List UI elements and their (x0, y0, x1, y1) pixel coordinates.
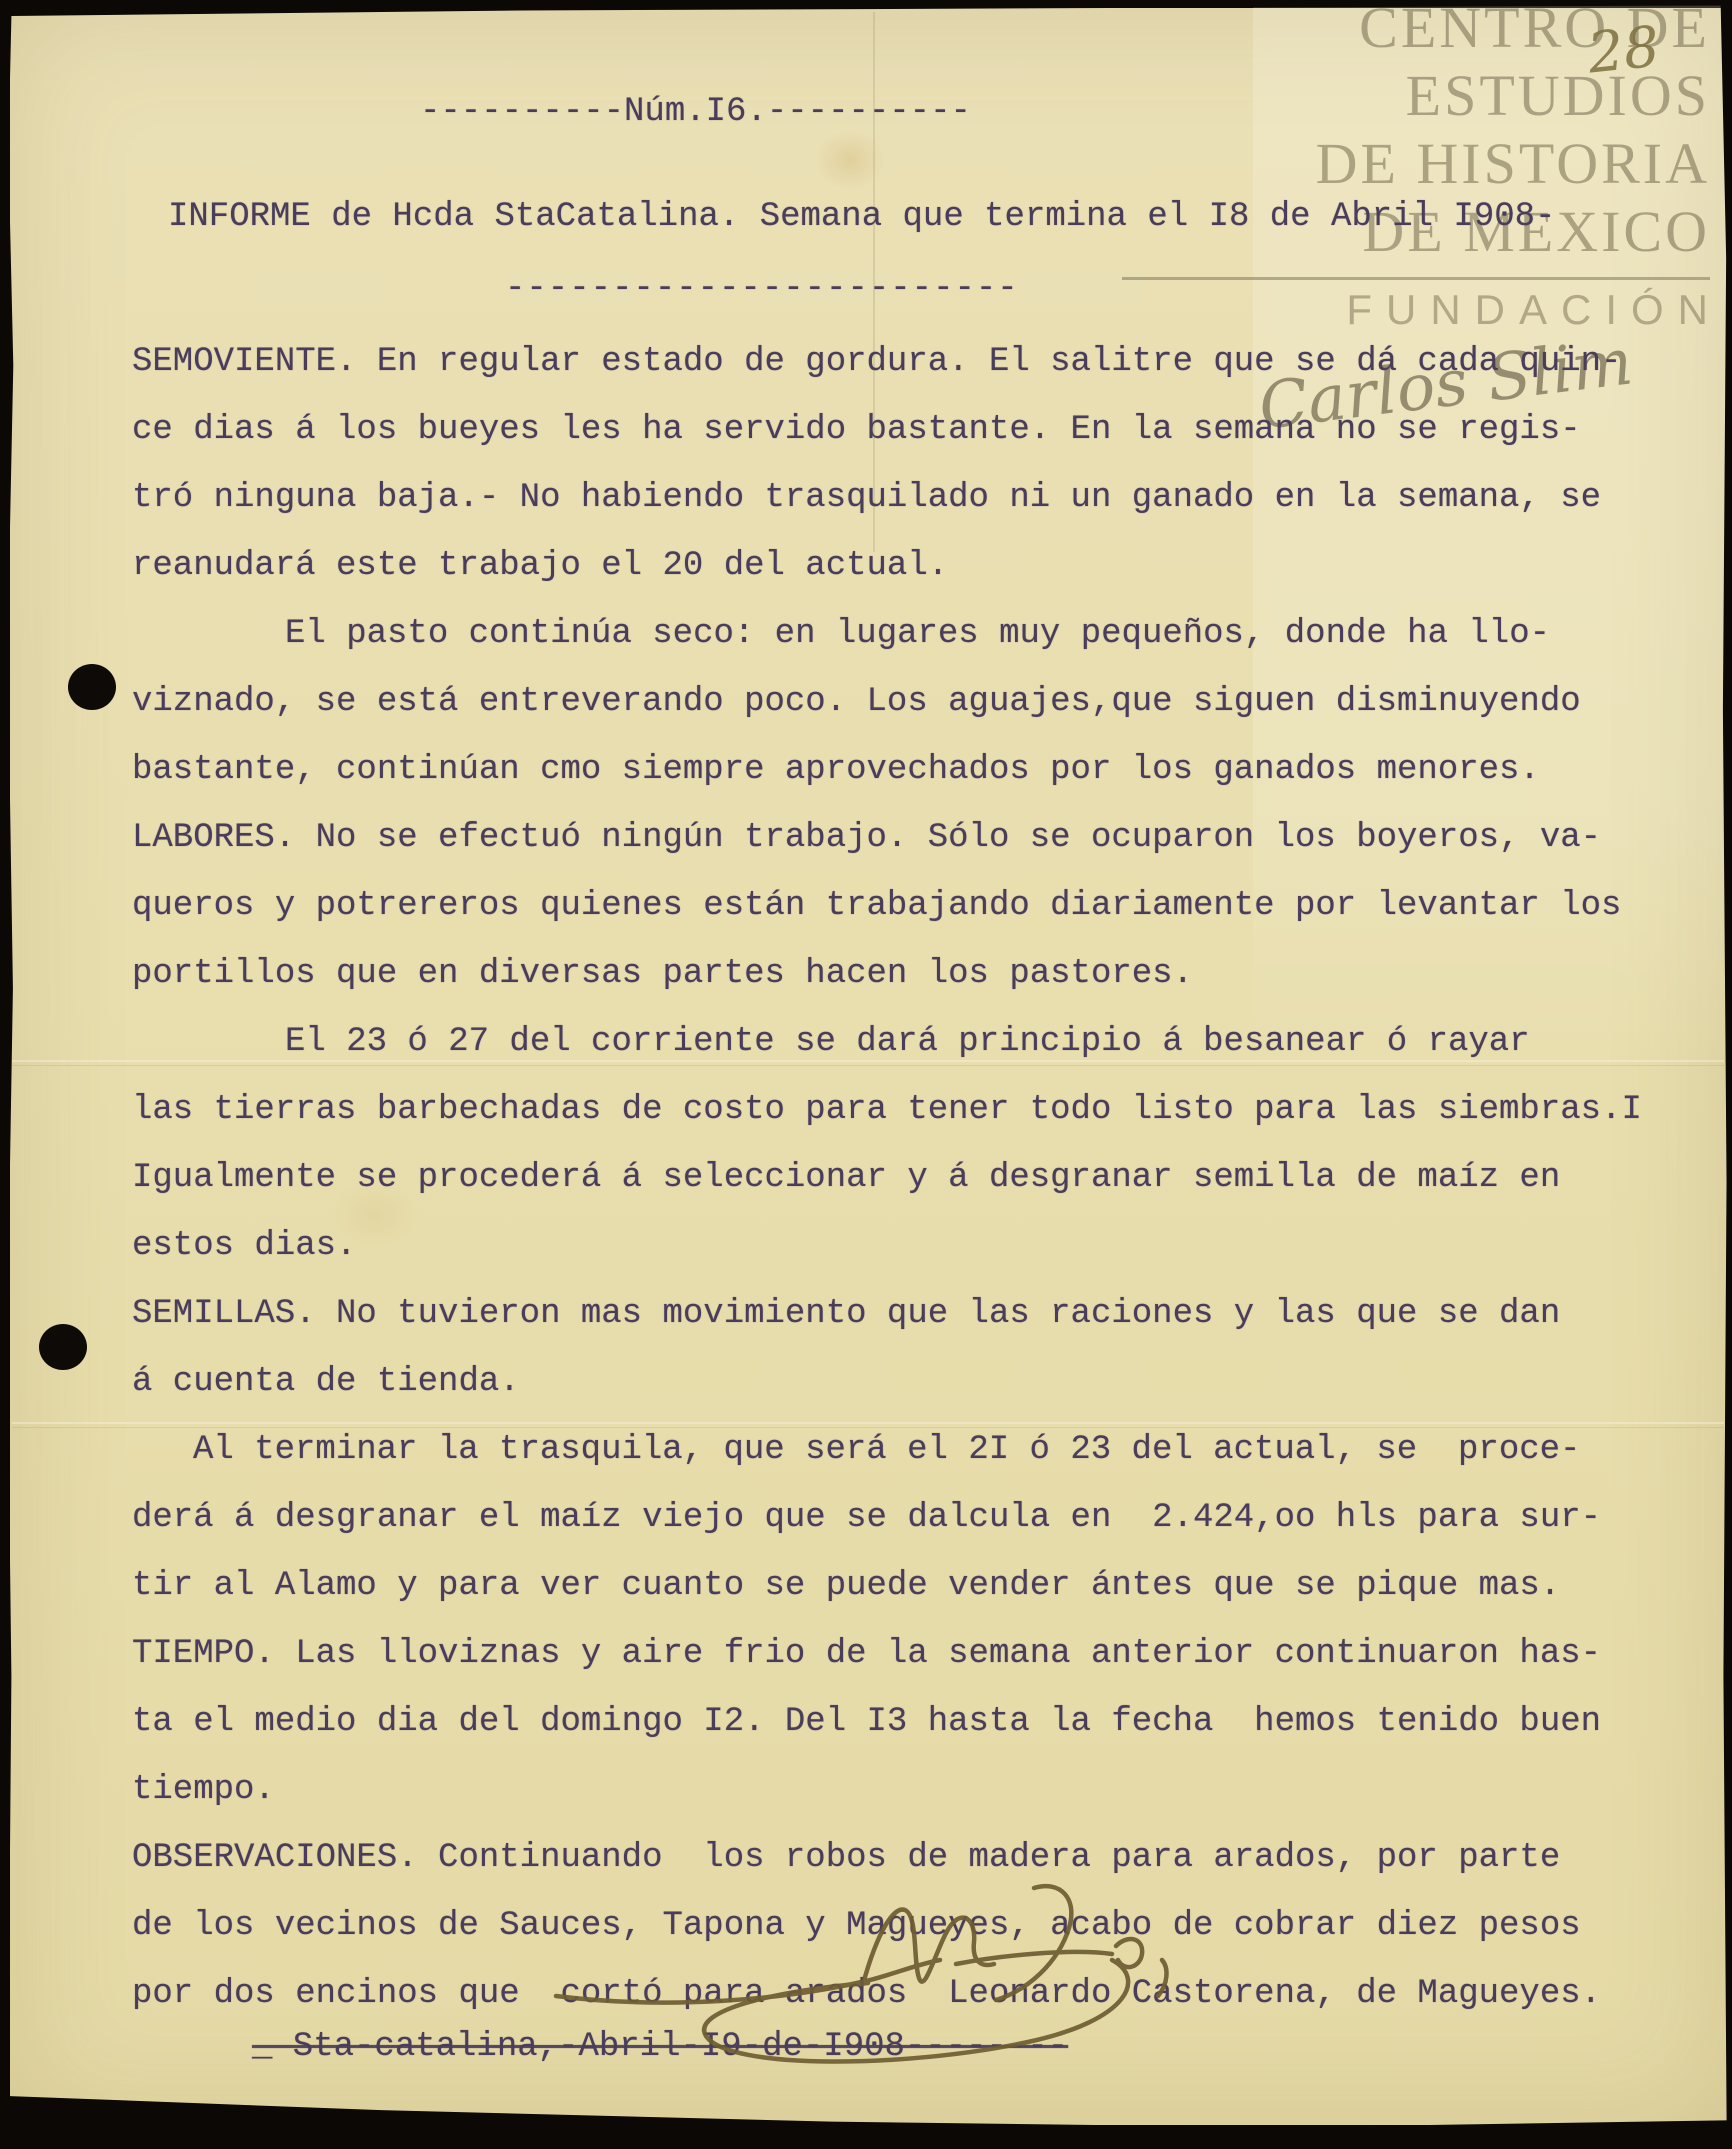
typed-line: Igualmente se procederá á seleccionar y … (132, 1144, 1662, 1212)
signature-stroke (863, 1910, 994, 1984)
signature-stroke (956, 1952, 1112, 1964)
report-body: SEMOVIENTE. En regular estado de gordura… (132, 328, 1662, 2028)
scanned-document-page: CENTRO DE ESTUDIOS DE HISTORIA DE MEXICO… (0, 0, 1732, 2149)
watermark-rule (1122, 277, 1710, 280)
typed-line: tró ninguna baja.- No habiendo trasquila… (132, 464, 1662, 532)
typed-line: SEMILLAS. No tuvieron mas movimiento que… (132, 1280, 1662, 1348)
divider-dashes: ------------------------ (505, 255, 1019, 323)
typed-line: portillos que en diversas partes hacen l… (132, 940, 1662, 1008)
typed-line: ce dias á los bueyes les ha servido bast… (132, 396, 1662, 464)
typed-line: El pasto continúa seco: en lugares muy p… (132, 600, 1662, 668)
signature-comma (1158, 1960, 1167, 1996)
typed-line: derá á desgranar el maíz viejo que se da… (132, 1484, 1662, 1552)
watermark-fundacion: FUNDACIÓN (1346, 286, 1722, 334)
signature-stroke (556, 1960, 940, 2003)
report-number-line: ----------Núm.I6.---------- (420, 78, 971, 146)
typed-line: Al terminar la trasquila, que será el 2I… (132, 1416, 1662, 1484)
typed-line: queros y potrereros quienes están trabaj… (132, 872, 1662, 940)
typed-line: viznado, se está entreverando poco. Los … (132, 668, 1662, 736)
punch-hole (68, 664, 116, 710)
typed-line: ta el medio dia del domingo I2. Del I3 h… (132, 1688, 1662, 1756)
signature-miguel-soto (528, 1868, 1188, 2083)
signature-stroke (996, 1886, 1071, 2000)
typed-line: bastante, continúan cmo siempre aprovech… (132, 736, 1662, 804)
typed-line: reanudará este trabajo el 20 del actual. (132, 532, 1662, 600)
typed-line: SEMOVIENTE. En regular estado de gordura… (132, 328, 1662, 396)
report-title: INFORME de Hcda StaCatalina. Semana que … (168, 183, 1555, 251)
typed-line: á cuenta de tienda. (132, 1348, 1662, 1416)
typed-line: LABORES. No se efectuó ningún trabajo. S… (132, 804, 1662, 872)
typed-line: TIEMPO. Las lloviznas y aire frio de la … (132, 1620, 1662, 1688)
typed-line: El 23 ó 27 del corriente se dará princip… (132, 1008, 1662, 1076)
typed-line: tiempo. (132, 1756, 1662, 1824)
typed-line: estos dias. (132, 1212, 1662, 1280)
typed-line: tir al Alamo y para ver cuanto se puede … (132, 1552, 1662, 1620)
typed-line: las tierras barbechadas de costo para te… (132, 1076, 1662, 1144)
handwritten-page-number: 28 (1585, 14, 1663, 86)
signature-stroke (1116, 1939, 1142, 1967)
punch-hole (39, 1324, 87, 1370)
